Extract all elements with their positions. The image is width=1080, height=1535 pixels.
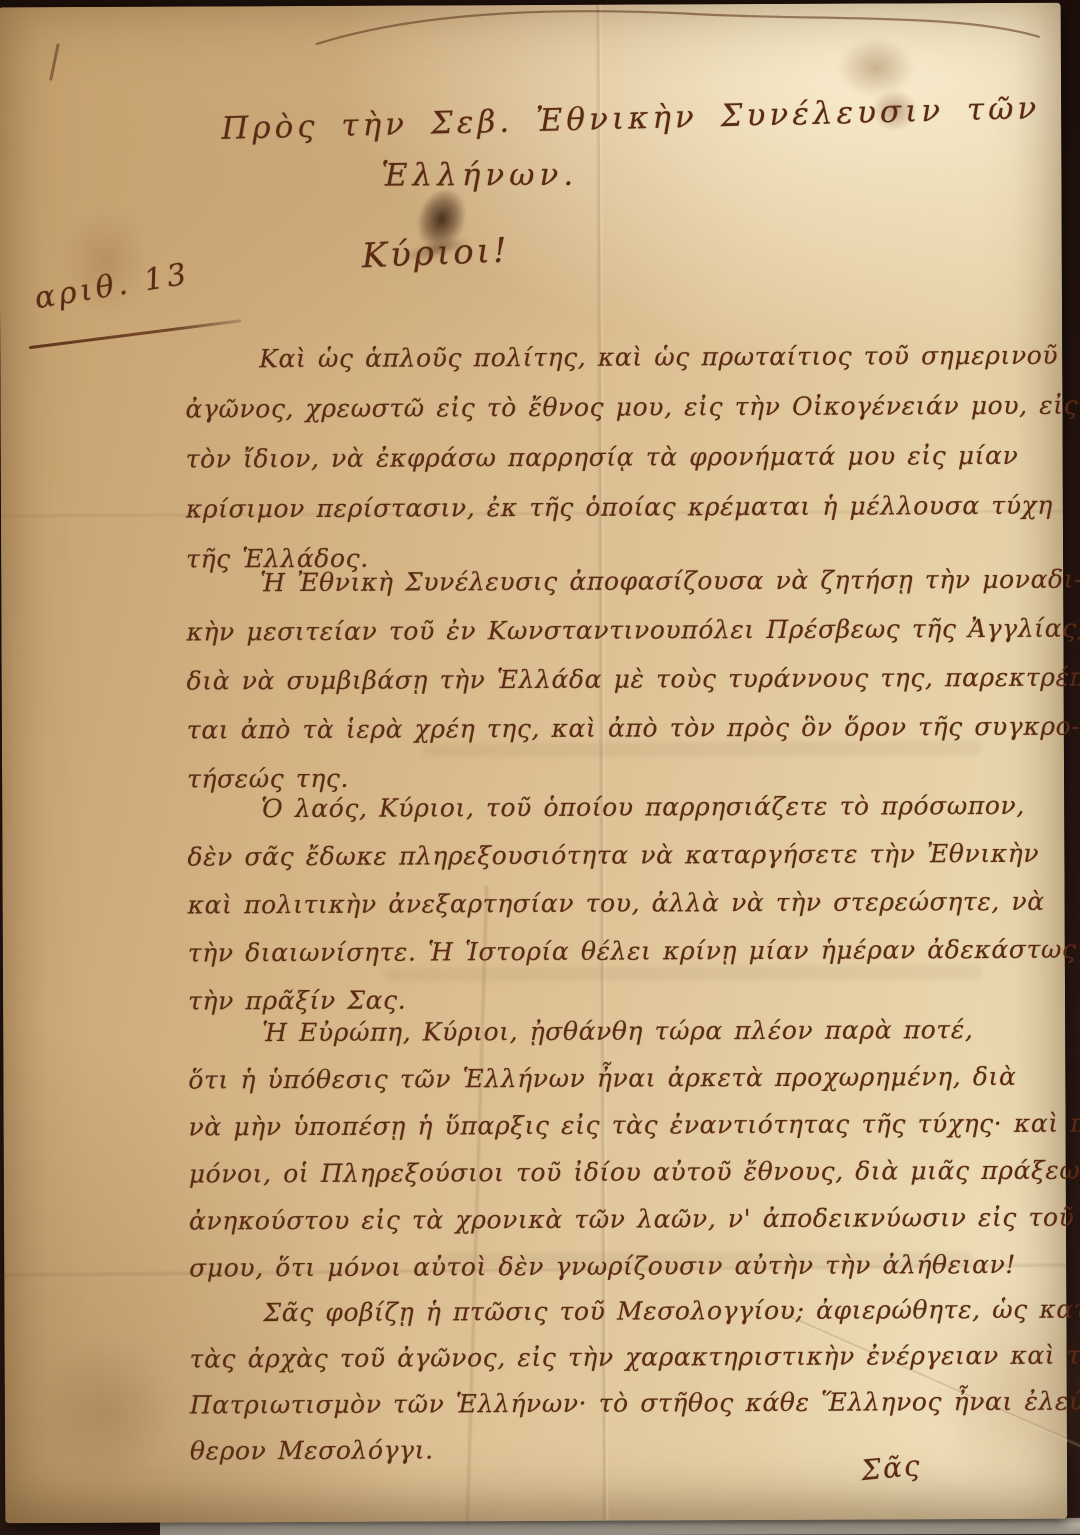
manuscript-line: δὲν σᾶς ἔδωκε πληρεξουσιότητα νὰ καταργή…: [187, 839, 1072, 891]
catchword: Σᾶς: [860, 1449, 923, 1487]
heading-line-2: Ἑλλήνων.: [381, 157, 578, 194]
manuscript-line: ἀγῶνος, χρεωστῶ εἰς τὸ ἔθνος μου, εἰς τὴ…: [185, 391, 1070, 445]
manuscript-line: σμου, ὅτι μόνοι αὐτοὶ δὲν γνωρίζουσιν αὐ…: [189, 1250, 1074, 1301]
pen-flourish: [0, 3, 1061, 88]
manuscript-line: τὴν διαιωνίσητε. Ἡ Ἱστορία θέλει κρίνῃ μ…: [188, 935, 1073, 987]
heading-line-1: Πρὸς τὴν Σεβ. Ἐθνικὴν Συνέλευσιν τῶν: [221, 90, 1041, 147]
manuscript-line: νὰ μὴν ὑποπέσῃ ἡ ὕπαρξις εἰς τὰς ἐναντιό…: [189, 1109, 1074, 1160]
foxing-stain: [35, 1337, 176, 1488]
manuscript-line: Ἡ Εὐρώπη, Κύριοι, ᾐσθάνθη τώρα πλέον παρ…: [188, 1015, 1073, 1066]
manuscript-line: τὸν ἴδιον, νὰ ἐκφράσω παρρησίᾳ τὰ φρονήμ…: [186, 441, 1071, 495]
manuscript-line: Καὶ ὡς ἁπλοῦς πολίτης, καὶ ὡς πρωταίτιος…: [185, 341, 1070, 395]
paragraph-5: Σᾶς φοβίζῃ ἡ πτῶσις τοῦ Μεσολογγίου; ἀφι…: [189, 1295, 1075, 1483]
paragraph-2: Ἡ Ἐθνικὴ Συνέλευσις ἀποφασίζουσα νὰ ζητή…: [186, 565, 1072, 814]
photograph-background: Πρὸς τὴν Σεβ. Ἐθνικὴν Συνέλευσιν τῶν Ἑλλ…: [0, 0, 1080, 1535]
paragraph-3: Ὁ λαός, Κύριοι, τοῦ ὁποίου παρρησιάζετε …: [187, 791, 1073, 1035]
manuscript-line: κὴν μεσιτείαν τοῦ ἐν Κωνσταντινουπόλει Π…: [186, 614, 1071, 667]
manuscript-line: ἀνηκούστου εἰς τὰ χρονικὰ τῶν λαῶν, ν' ἀ…: [189, 1203, 1074, 1254]
manuscript-line: Πατριωτισμὸν τῶν Ἑλλήνων· τὸ στῆθος κάθε…: [190, 1387, 1075, 1437]
manuscript-line: ται ἀπὸ τὰ ἱερὰ χρέη της, καὶ ἀπὸ τὸν πρ…: [187, 712, 1072, 765]
manuscript-line: ὅτι ἡ ὑπόθεσις τῶν Ἑλλήνων ἦναι ἀρκετὰ π…: [188, 1062, 1073, 1113]
manuscript-line: τὰς ἀρχὰς τοῦ ἀγῶνος, εἰς τὴν χαρακτηρισ…: [190, 1341, 1075, 1391]
paragraph-4: Ἡ Εὐρώπη, Κύριοι, ᾐσθάνθη τώρα πλέον παρ…: [188, 1015, 1074, 1301]
manuscript-line: μόνοι, οἱ Πληρεξούσιοι τοῦ ἰδίου αὐτοῦ ἔ…: [189, 1156, 1074, 1207]
paragraph-1: Καὶ ὡς ἁπλοῦς πολίτης, καὶ ὡς πρωταίτιος…: [185, 341, 1071, 595]
salutation: Κύριοι!: [361, 231, 510, 277]
manuscript-line: Σᾶς φοβίζῃ ἡ πτῶσις τοῦ Μεσολογγίου; ἀφι…: [189, 1295, 1074, 1345]
manuscript-line: θερον Μεσολόγγι.: [190, 1433, 1075, 1483]
manuscript-line: Ὁ λαός, Κύριοι, τοῦ ὁποίου παρρησιάζετε …: [187, 791, 1072, 843]
manuscript-page: Πρὸς τὴν Σεβ. Ἐθνικὴν Συνέλευσιν τῶν Ἑλλ…: [0, 3, 1067, 1524]
manuscript-line: Ἡ Ἐθνικὴ Συνέλευσις ἀποφασίζουσα νὰ ζητή…: [186, 565, 1071, 618]
manuscript-line: κρίσιμον περίστασιν, ἐκ τῆς ὁποίας κρέμα…: [186, 491, 1071, 545]
manuscript-line: καὶ πολιτικὴν ἀνεξαρτησίαν του, ἀλλὰ νὰ …: [188, 887, 1073, 939]
manuscript-line: διὰ νὰ συμβιβάσῃ τὴν Ἑλλάδα μὲ τοὺς τυρά…: [187, 663, 1072, 716]
